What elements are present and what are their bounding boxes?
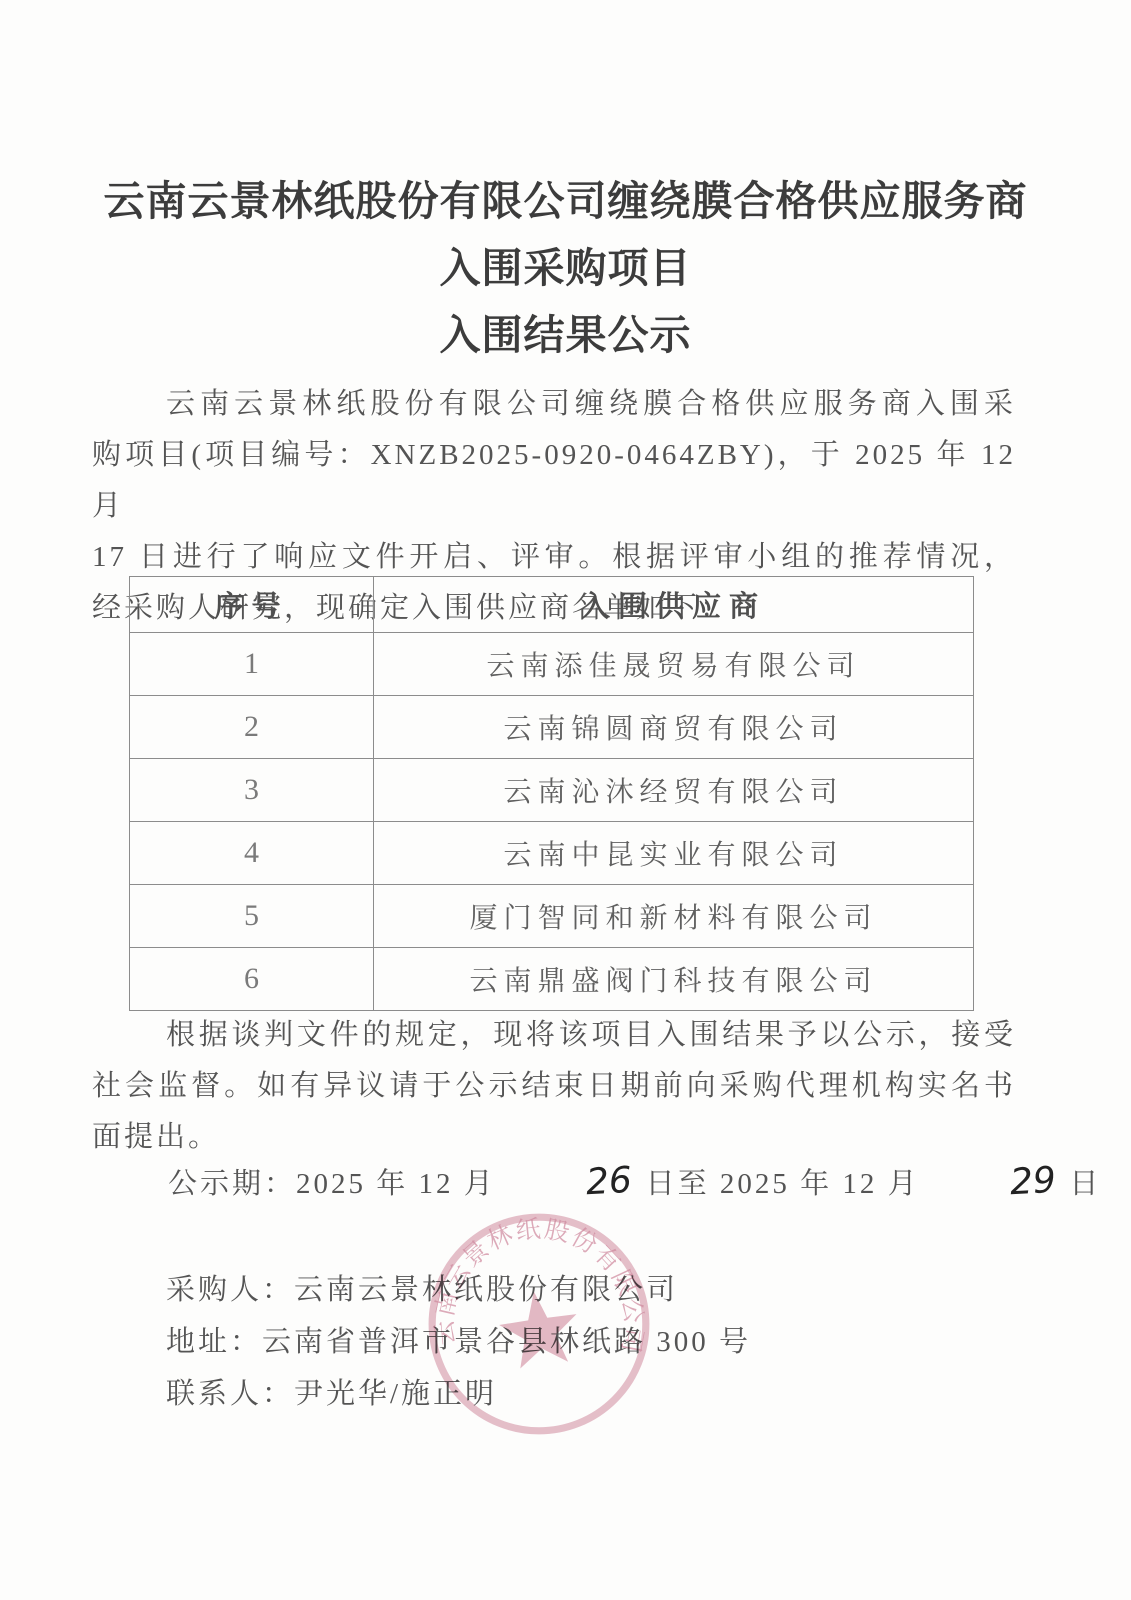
footer-contact-block: 采购人：云南云景林纸股份有限公司 地址：云南省普洱市景谷县林纸路 300 号 联… [92, 1264, 1016, 1420]
row-number-cell: 6 [130, 948, 374, 1011]
row-number-cell: 2 [130, 696, 374, 759]
supplier-cell: 云南沁沐经贸有限公司 [374, 759, 974, 822]
table-header-supplier: 入围供应商 [374, 577, 974, 633]
publicity-prefix: 公示期：2025 年 12 月 [168, 1168, 496, 1200]
notice-line: 社会监督。如有异议请于公示结束日期前向采购代理机构实名书 [92, 1061, 1016, 1112]
buyer-line: 采购人：云南云景林纸股份有限公司 [92, 1264, 1016, 1316]
handwritten-end-day: 29 [933, 1159, 1057, 1209]
table-row: 2 云南锦圆商贸有限公司 [130, 696, 974, 759]
notice-paragraph: 根据谈判文件的规定，现将该项目入围结果予以公示，接受 社会监督。如有异议请于公示… [92, 1010, 1016, 1163]
table-header-row: 序号 入围供应商 [130, 577, 974, 633]
supplier-cell: 云南锦圆商贸有限公司 [374, 696, 974, 759]
table-row: 1 云南添佳晟贸易有限公司 [130, 633, 974, 696]
title-line-2: 入围采购项目 [0, 235, 1131, 302]
title-line-3: 入围结果公示 [0, 302, 1131, 369]
table-row: 3 云南沁沐经贸有限公司 [130, 759, 974, 822]
handwritten-start-day: 26 [509, 1159, 633, 1209]
table-header-no: 序号 [130, 577, 374, 633]
title-line-1: 云南云景林纸股份有限公司缠绕膜合格供应服务商 [0, 168, 1131, 235]
table-row: 6 云南鼎盛阀门科技有限公司 [130, 948, 974, 1011]
publicity-period-line: 公示期：2025 年 12 月26日至 2025 年 12 月29日 [92, 1160, 1082, 1206]
address-line: 地址：云南省普洱市景谷县林纸路 300 号 [92, 1316, 1016, 1368]
publicity-suffix: 日 [1069, 1168, 1101, 1200]
suppliers-table: 序号 入围供应商 1 云南添佳晟贸易有限公司 2 云南锦圆商贸有限公司 3 云南… [129, 576, 974, 1011]
notice-line: 根据谈判文件的规定，现将该项目入围结果予以公示，接受 [92, 1010, 1016, 1061]
supplier-cell: 云南鼎盛阀门科技有限公司 [374, 948, 974, 1011]
row-number-cell: 1 [130, 633, 374, 696]
intro-line: 购项目(项目编号：XNZB2025-0920-0464ZBY)，于 2025 年… [92, 430, 1016, 532]
row-number-cell: 5 [130, 885, 374, 948]
publicity-middle: 日至 2025 年 12 月 [646, 1168, 920, 1200]
table-row: 4 云南中昆实业有限公司 [130, 822, 974, 885]
supplier-cell: 云南中昆实业有限公司 [374, 822, 974, 885]
page-title: 云南云景林纸股份有限公司缠绕膜合格供应服务商 入围采购项目 入围结果公示 [0, 168, 1131, 369]
table-row: 5 厦门智同和新材料有限公司 [130, 885, 974, 948]
notice-line: 面提出。 [92, 1112, 1016, 1163]
document-page: 云南云景林纸股份有限公司缠绕膜合格供应服务商 入围采购项目 入围结果公示 云南云… [0, 0, 1131, 1600]
row-number-cell: 3 [130, 759, 374, 822]
supplier-cell: 云南添佳晟贸易有限公司 [374, 633, 974, 696]
contact-line: 联系人：尹光华/施正明 [92, 1368, 1016, 1420]
intro-line: 云南云景林纸股份有限公司缠绕膜合格供应服务商入围采 [92, 379, 1016, 430]
supplier-cell: 厦门智同和新材料有限公司 [374, 885, 974, 948]
row-number-cell: 4 [130, 822, 374, 885]
